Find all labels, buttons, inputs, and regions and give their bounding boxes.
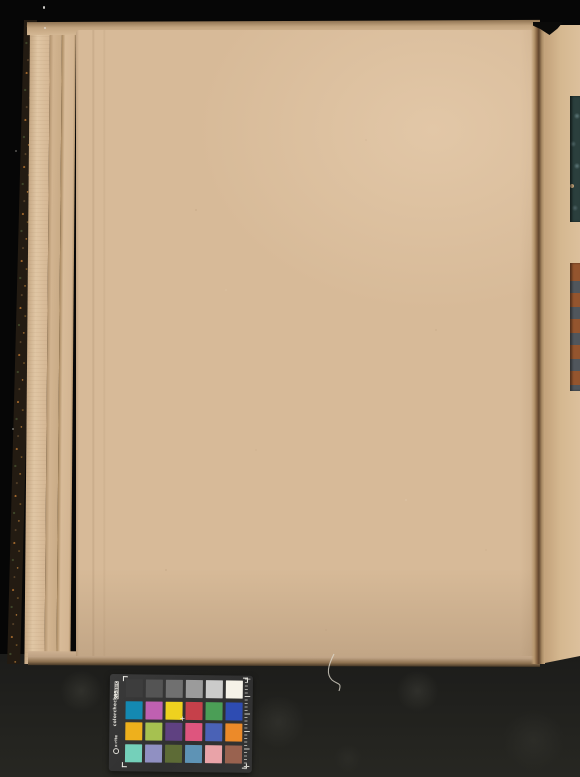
dust-speck [44,27,46,29]
color-patch [206,680,223,698]
background-surface [0,654,580,777]
blank-left-page [76,30,534,656]
color-patch [145,744,162,762]
color-patch [185,701,202,719]
color-patch [205,702,222,720]
color-patch [225,745,242,763]
color-patch [165,744,182,762]
color-patch [126,679,143,697]
colorchecker-card: CLASSIC colorchecker x-rite + [109,674,253,773]
color-patch [225,702,242,720]
registration-corner-mark [123,676,128,681]
colorchecker-brand: x-rite [113,736,119,754]
dust-speck [43,6,45,9]
color-patch [185,744,202,762]
xrite-logo-icon [113,748,119,754]
book-gutter [531,23,545,664]
color-patch [185,723,202,741]
color-patch [186,680,203,698]
color-patch [205,745,222,763]
dust-fiber [322,650,356,696]
color-patch [125,701,142,719]
color-patch [225,723,242,741]
colorchecker-title: colorchecker [114,692,119,726]
dust-speck [12,428,14,430]
color-patch [125,744,142,762]
color-patch [146,679,163,697]
color-patch [145,701,162,719]
colorchecker-label-strip: CLASSIC colorchecker x-rite [109,674,124,771]
page-block-fore-edges [24,24,76,664]
color-patch [145,722,162,740]
registration-cross-mark: + [178,716,186,723]
colorchecker-ruler [244,679,252,770]
color-patch [165,723,182,741]
color-patch [205,723,222,741]
color-patch [125,722,142,740]
digitization-photo: CLASSIC colorchecker x-rite + [0,0,580,777]
color-patch [166,680,183,698]
dust-speck [15,150,17,152]
fabric-swatch-teal [570,96,580,222]
color-patch [226,680,243,698]
registration-corner-mark [122,762,127,767]
fabric-swatch-striped [570,263,580,391]
